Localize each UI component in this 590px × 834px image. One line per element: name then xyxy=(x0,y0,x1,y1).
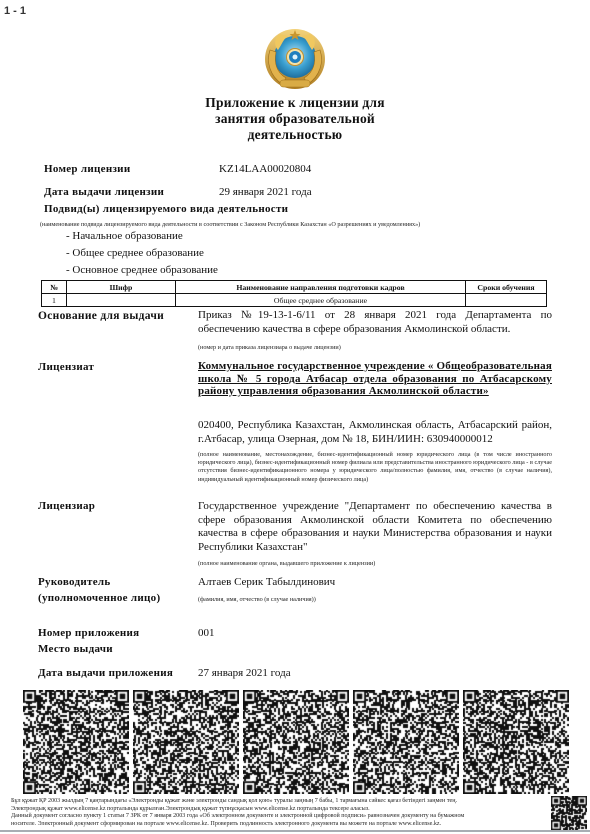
head-value: Алтаев Серик Табылдинович xyxy=(198,576,335,588)
licensor-label: Лицензиар xyxy=(38,500,95,512)
licensee-name: Коммунальное государственное учреждение … xyxy=(198,360,552,398)
licensee-label: Лицензиат xyxy=(38,361,94,373)
qr-code-icon xyxy=(243,690,349,794)
subtype-item: - Начальное образование xyxy=(66,230,183,242)
qr-code-icon xyxy=(133,690,239,794)
subtype-item: - Основное среднее образование xyxy=(66,264,218,276)
appendix-number-value: 001 xyxy=(198,627,215,639)
qr-code-icon xyxy=(463,690,569,794)
license-number-label: Номер лицензии xyxy=(44,163,130,175)
licensee-address: 020400, Республика Казахстан, Акмолинска… xyxy=(198,419,552,446)
col-code-header: Шифр xyxy=(67,281,176,294)
appendix-number-label: Номер приложения xyxy=(38,627,139,639)
footer-line: Бұл құжат ҚР 2003 жылдың 7 қаңтарындағы … xyxy=(11,798,551,806)
head-note: (фамилия, имя, отчество (в случае наличи… xyxy=(198,596,316,604)
training-directions-table: № Шифр Наименование направления подготов… xyxy=(41,280,547,307)
footer-line: носителе. Электронный документ сформиров… xyxy=(11,821,551,829)
appendix-date-value: 27 января 2021 года xyxy=(198,667,291,679)
license-date-value: 29 января 2021 года xyxy=(219,186,312,198)
col-direction-header: Наименование направления подготовки кадр… xyxy=(176,281,466,294)
table-header-row: № Шифр Наименование направления подготов… xyxy=(42,281,547,294)
head-label: Руководитель xyxy=(38,576,110,588)
subtypes-heading: Подвид(ы) лицензируемого вида деятельнос… xyxy=(44,203,288,215)
qr-code-icon xyxy=(23,690,129,794)
subtypes-note: (наименование подвида лицензируемого вид… xyxy=(40,221,560,229)
title-line-3: деятельностью xyxy=(160,127,430,143)
document-title: Приложение к лицензии для занятия образо… xyxy=(160,95,430,143)
licensor-value: Государственное учреждение "Департамент … xyxy=(198,500,552,554)
title-line-2: занятия образовательной xyxy=(160,111,430,127)
qr-code-row xyxy=(23,690,569,794)
license-number-value: KZ14LAA00020804 xyxy=(219,163,311,175)
basis-label: Основание для выдачи xyxy=(38,310,164,322)
licensor-note: (полное наименование органа, выдавшего п… xyxy=(198,560,375,568)
footer-divider xyxy=(0,830,590,832)
cell-duration xyxy=(466,294,547,307)
col-duration-header: Сроки обучения xyxy=(466,281,547,294)
table-row: 1 Общее среднее образование xyxy=(42,294,547,307)
appendix-date-label: Дата выдачи приложения xyxy=(38,667,173,679)
footer-line: Данный документ согласно пункту 1 статьи… xyxy=(11,813,551,821)
footer-disclaimer: Бұл құжат ҚР 2003 жылдың 7 қаңтарындағы … xyxy=(11,798,551,828)
col-number-header: № xyxy=(42,281,67,294)
basis-value: Приказ №19-13-1-6/11 от 28 января 2021 г… xyxy=(198,309,552,336)
basis-note: (номер и дата приказа лицензиара о выдач… xyxy=(198,344,341,352)
qr-code-icon xyxy=(353,690,459,794)
licensee-note: (полное наименование, местонахождение, б… xyxy=(198,451,552,484)
qr-code-icon xyxy=(551,796,587,830)
title-line-1: Приложение к лицензии для xyxy=(160,95,430,111)
subtype-item: - Общее среднее образование xyxy=(66,247,204,259)
cell-direction: Общее среднее образование xyxy=(176,294,466,307)
license-date-label: Дата выдачи лицензии xyxy=(44,186,164,198)
page-indicator: 1 - 1 xyxy=(4,5,26,17)
issue-place-label: Место выдачи xyxy=(38,643,113,655)
cell-number: 1 xyxy=(42,294,67,307)
cell-code xyxy=(67,294,176,307)
head-label-sub: (уполномоченное лицо) xyxy=(38,592,160,604)
kazakhstan-state-emblem-icon xyxy=(262,28,328,92)
